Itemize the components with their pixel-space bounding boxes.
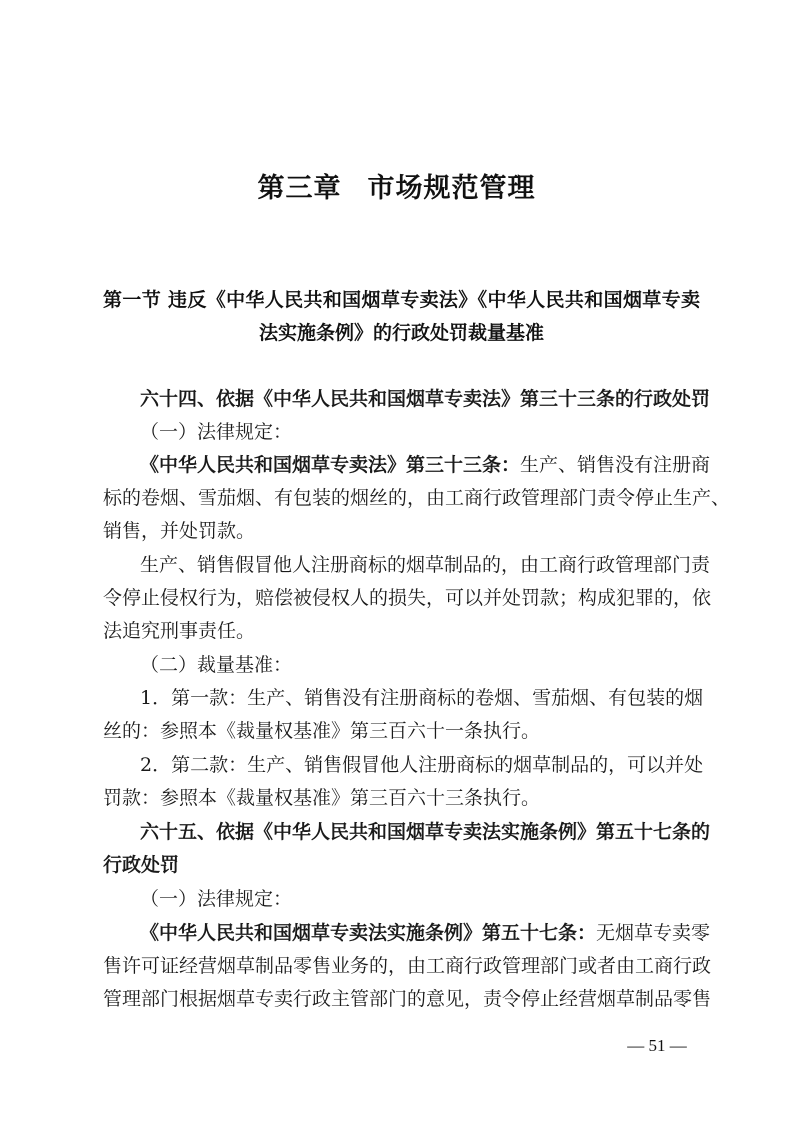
criteria-item-1-line-1: 1．第一款：生产、销售没有注册商标的卷烟、雪茄烟、有包装的烟: [140, 683, 700, 716]
article-64-legal-text-line-1: 《中华人民共和国烟草专卖法》第三十三条：生产、销售没有注册商: [140, 450, 700, 483]
document-page: 第三章市场规范管理 第一节 违反《中华人民共和国烟草专卖法》《中华人民共和国烟草…: [0, 0, 793, 1122]
section-title-line-2: 法实施条例》的行政处罚裁量基准: [103, 318, 700, 345]
criteria-item-2-line-2: 罚款：参照本《裁量权基准》第三百六十三条执行。: [103, 783, 700, 816]
chapter-title: 第三章市场规范管理: [0, 166, 793, 205]
article-65-heading-line-2: 行政处罚: [103, 850, 700, 883]
article-64-legal-label: （一）法律规定：: [140, 417, 700, 450]
article-65-legal-text-line-1: 《中华人民共和国烟草专卖法实施条例》第五十七条：无烟草专卖零: [140, 918, 700, 951]
criteria-item-1-line-2: 丝的：参照本《裁量权基准》第三百六十一条执行。: [103, 716, 700, 749]
criteria-item-2-line-1: 2．第二款：生产、销售假冒他人注册商标的烟草制品的，可以并处: [140, 750, 700, 783]
article-65-legal-text-line-3: 管理部门根据烟草专卖行政主管部门的意见，责令停止经营烟草制品零售: [103, 984, 700, 1017]
law-reference: 《中华人民共和国烟草专卖法实施条例》第五十七条：: [140, 922, 596, 944]
page-number: — 51 —: [612, 1036, 702, 1056]
article-65-legal-text-line-2: 售许可证经营烟草制品零售业务的，由工商行政管理部门或者由工商行政: [103, 951, 700, 984]
article-64-heading: 六十四、依据《中华人民共和国烟草专卖法》第三十三条的行政处罚: [140, 384, 700, 417]
article-65-legal-label: （一）法律规定：: [140, 884, 700, 917]
article-64-legal-text-2-line-1: 生产、销售假冒他人注册商标的烟草制品的，由工商行政管理部门责: [140, 550, 700, 583]
article-64-legal-text-2-line-2: 令停止侵权行为，赔偿被侵权人的损失，可以并处罚款；构成犯罪的，依: [103, 583, 700, 616]
chapter-name: 市场规范管理: [368, 173, 536, 204]
law-reference: 《中华人民共和国烟草专卖法》第三十三条：: [140, 454, 520, 476]
article-64-legal-text-line-2: 标的卷烟、雪茄烟、有包装的烟丝的，由工商行政管理部门责令停止生产、: [103, 483, 700, 516]
article-65-heading-line-1: 六十五、依据《中华人民共和国烟草专卖法实施条例》第五十七条的: [140, 817, 700, 850]
chapter-number: 第三章: [258, 173, 342, 204]
article-64-legal-text-line-3: 销售，并处罚款。: [103, 516, 700, 549]
section-title-line-1: 第一节 违反《中华人民共和国烟草专卖法》《中华人民共和国烟草专卖: [103, 285, 700, 312]
article-64-criteria-label: （二）裁量基准：: [140, 650, 700, 683]
article-64-legal-text-2-line-3: 法追究刑事责任。: [103, 616, 700, 649]
